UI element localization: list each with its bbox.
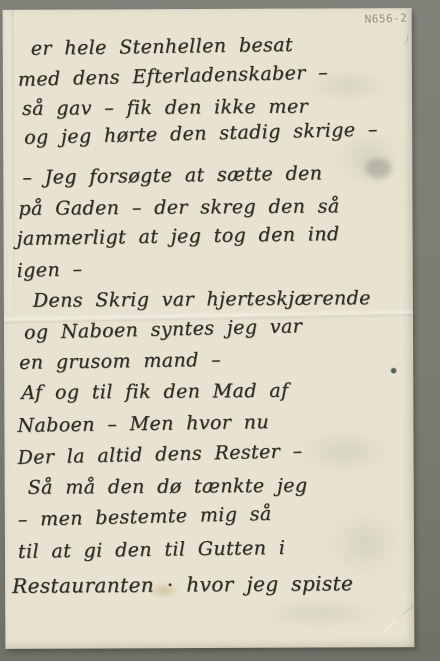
handwritten-line: med dens Efterladenskaber – <box>18 62 329 91</box>
handwritten-line: og Naboen syntes jeg var <box>24 315 303 344</box>
handwritten-line: jammerligt at jeg tog den ind <box>16 223 339 250</box>
ink-dot <box>391 368 396 373</box>
stain-mark <box>148 582 180 599</box>
ink-smudge <box>365 158 391 178</box>
handwritten-line: så gav – fik den ikke mer <box>22 96 308 120</box>
handwritten-line: Naboen – Men hvor nu <box>17 411 269 437</box>
handwritten-line: en grusom mand – <box>19 349 221 374</box>
handwritten-line: Der la altid dens Rester – <box>17 440 302 469</box>
handwritten-line: igen – <box>16 258 82 282</box>
handwritten-text-block: er hele Stenhellen besat med dens Efterl… <box>3 8 415 649</box>
handwritten-line: Dens Skrig var hjerteskjærende <box>33 287 371 312</box>
handwritten-line: og jeg hørte den stadig skrige – <box>24 118 378 148</box>
handwritten-line: – Jeg forsøgte at sætte den <box>22 162 322 188</box>
scan-background: { "document": { "type": "handwritten-let… <box>0 0 440 661</box>
handwritten-line: til at gi den til Gutten i <box>18 537 286 563</box>
handwritten-line: Af og til fik den Mad af <box>21 380 288 404</box>
letter-page: N656-2 er hele Stenhellen besat med dens… <box>3 8 415 649</box>
handwritten-line: – men bestemte mig så <box>18 503 272 531</box>
handwritten-line: er hele Stenhellen besat <box>31 34 294 60</box>
handwritten-line: Så må den dø tænkte jeg <box>28 475 308 499</box>
handwritten-line: på Gaden – der skreg den så <box>18 195 339 220</box>
handwritten-line: Restauranten · hvor jeg spiste <box>12 571 353 598</box>
